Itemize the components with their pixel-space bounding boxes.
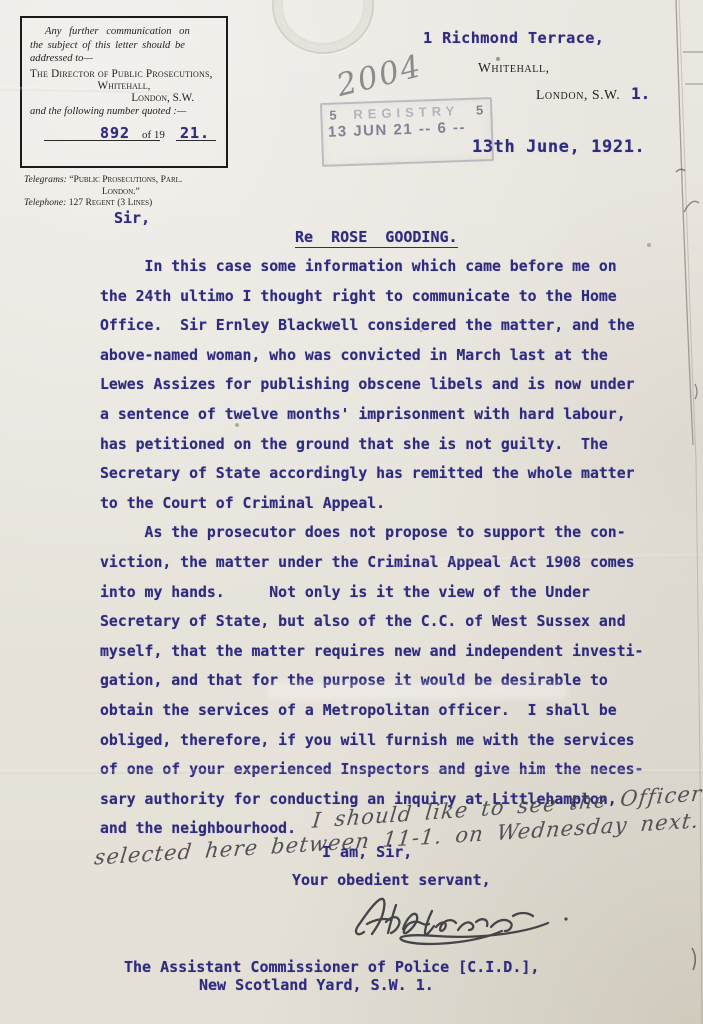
body-line: As the prosecutor does not propose to su…: [100, 518, 643, 548]
date-line: 13th June, 1921.: [472, 137, 645, 157]
body-line: viction, the matter under the Criminal A…: [100, 548, 643, 578]
subject-heading: Re ROSE GOODING.: [295, 228, 458, 248]
signature-scrawl: [350, 886, 580, 954]
pencil-number-annotation: 2004: [333, 48, 426, 104]
reference-year: 21.: [180, 124, 210, 142]
sender-address-district-number: 1.: [631, 84, 650, 103]
registry-stamp-right-number: 5: [476, 102, 484, 117]
contact-block: Telegrams: “Public Prosecutions, Parl. L…: [24, 174, 274, 209]
sender-address-line-1: 1 Richmond Terrace,: [423, 29, 604, 47]
letterhead-notice-line: Any further communication on: [30, 25, 218, 39]
body-line: the 24th ultimo I thought right to commu…: [100, 282, 643, 312]
letter-body: In this case some information which came…: [100, 252, 643, 844]
telegrams-line: Telegrams: “Public Prosecutions, Parl.: [24, 174, 274, 186]
salutation: Sir,: [114, 209, 150, 227]
embossed-crest-icon: [272, 0, 374, 54]
recipient-line-2: New Scotland Yard, S.W. 1.: [199, 976, 434, 994]
reference-of-19: of 19: [142, 129, 165, 141]
letter-page: Any further communication on the subject…: [0, 0, 703, 1024]
body-line: obtain the services of a Metropolitan of…: [100, 696, 643, 726]
body-line: In this case some information which came…: [100, 252, 643, 282]
body-line: into my hands. Not only is it the view o…: [100, 578, 643, 608]
body-line: a sentence of twelve months' imprisonmen…: [100, 400, 643, 430]
letterhead-box: Any further communication on the subject…: [20, 16, 228, 168]
telegrams-label: Telegrams:: [24, 174, 67, 185]
body-line: Office. Sir Ernley Blackwell considered …: [100, 311, 643, 341]
telegrams-value: “Public Prosecutions, Parl.: [69, 174, 182, 185]
telephone-value: 127 Regent (3 Lines): [69, 197, 153, 208]
body-line: obliged, therefore, if you will furnish …: [100, 726, 643, 756]
recipient-line-1: The Assistant Commissioner of Police [C.…: [124, 958, 539, 976]
letterhead-notice-line: addressed to—: [30, 52, 218, 66]
letterhead-notice-line: the subject of this letter should be: [30, 39, 218, 53]
body-line: above-named woman, who was convicted in …: [100, 341, 643, 371]
body-line: to the Court of Criminal Appeal.: [100, 489, 643, 519]
body-line: Secretary of State, but also of the C.C.…: [100, 607, 643, 637]
letterhead-addressee: The Director of Public Prosecutions,: [30, 68, 218, 80]
telephone-line: Telephone: 127 Regent (3 Lines): [24, 197, 274, 209]
body-line: Lewes Assizes for publishing obscene lib…: [100, 370, 643, 400]
registry-stamp-left-number: 5: [329, 107, 337, 122]
sender-address-line-3: London, S.W.: [536, 87, 620, 103]
sender-address-line-2: Whitehall,: [478, 60, 550, 76]
letterhead-number-notice: and the following number quoted :—: [30, 106, 218, 117]
letterhead-addressee-whitehall: Whitehall,: [30, 80, 218, 92]
reference-number-row: 892 of 19 21.: [30, 120, 218, 146]
registry-stamp: 5 REGISTRY 5 13 JUN 21 -- 6 --: [320, 97, 494, 167]
closing-i-am-sir: I am, Sir,: [322, 843, 412, 861]
body-line: myself, that the matter requires new and…: [100, 637, 643, 667]
telegrams-line-2: London.”: [24, 186, 274, 198]
reference-number: 892: [100, 124, 130, 142]
telephone-label: Telephone:: [24, 197, 66, 208]
letterhead-addressee-london: London, S.W.: [30, 92, 218, 104]
body-line: has petitioned on the ground that she is…: [100, 430, 643, 460]
body-line: of one of your experienced Inspectors an…: [100, 755, 643, 785]
paper-specks: [0, 0, 2, 2]
body-line: gation, and that for the purpose it woul…: [100, 666, 643, 696]
body-line: Secretary of State accordingly has remit…: [100, 459, 643, 489]
